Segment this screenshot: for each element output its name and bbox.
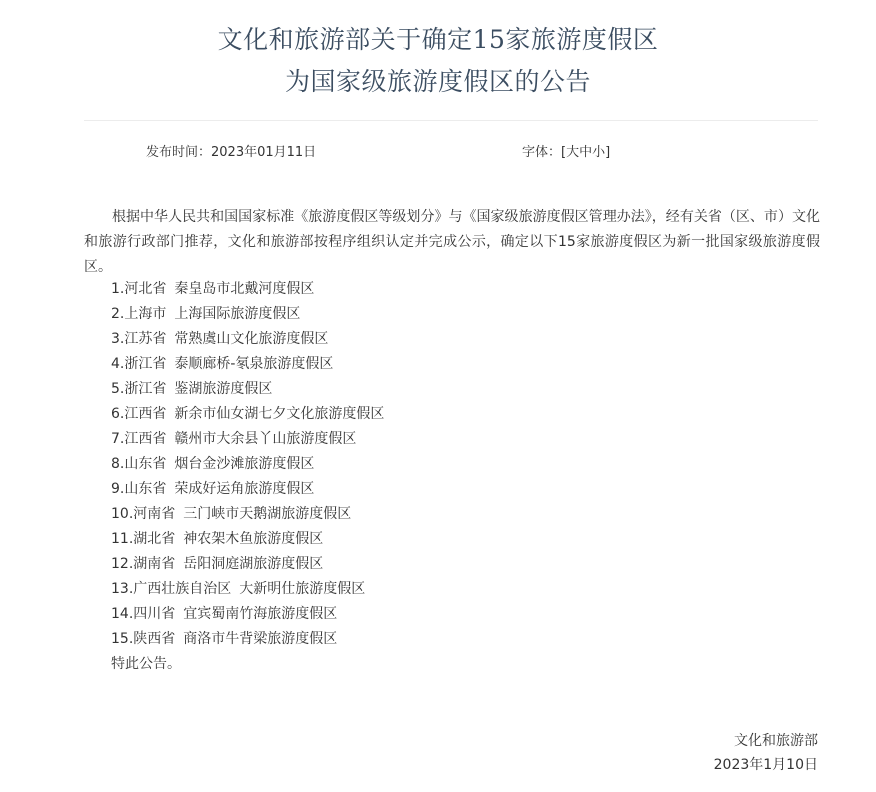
signature-org: 文化和旅游部 [734,729,818,753]
item-province: 河北省 [124,281,166,297]
item-resort-name: 秦皇岛市北戴河度假区 [174,281,314,297]
item-province: 陕西省 [133,631,175,647]
list-item: 8.山东省烟台金沙滩旅游度假区 [111,452,384,477]
item-province: 江西省 [124,431,166,447]
item-province: 上海市 [124,306,166,322]
item-number: 12. [111,556,133,572]
item-number: 1. [111,281,124,297]
list-item: 6.江西省新余市仙女湖七夕文化旅游度假区 [111,402,384,427]
list-item: 7.江西省赣州市大余县丫山旅游度假区 [111,427,384,452]
item-province: 浙江省 [124,381,166,397]
item-resort-name: 商洛市牛背梁旅游度假区 [183,631,337,647]
bracket-close: ] [605,145,610,160]
list-item: 11.湖北省神农架木鱼旅游度假区 [111,527,384,552]
item-province: 广西壮族自治区 [133,581,231,597]
page-title-line-2: 为国家级旅游度假区的公告 [0,64,876,100]
item-resort-name: 新余市仙女湖七夕文化旅游度假区 [174,406,384,422]
item-resort-name: 泰顺廊桥-氡泉旅游度假区 [174,356,333,372]
list-item: 12.湖南省岳阳洞庭湖旅游度假区 [111,552,384,577]
list-item: 15.陕西省商洛市牛背梁旅游度假区 [111,627,384,652]
item-resort-name: 上海国际旅游度假区 [174,306,300,322]
item-province: 湖北省 [133,531,175,547]
item-number: 2. [111,306,124,322]
item-province: 四川省 [133,606,175,622]
list-item: 10.河南省三门峡市天鹅湖旅游度假区 [111,502,384,527]
publish-label: 发布时间： [146,145,211,160]
list-item: 4.浙江省泰顺廊桥-氡泉旅游度假区 [111,352,384,377]
item-number: 14. [111,606,133,622]
item-number: 3. [111,331,124,347]
font-size-small-link[interactable]: 小 [592,145,605,160]
font-size-label: 字体： [522,145,561,160]
item-number: 4. [111,356,124,372]
font-size-medium-link[interactable]: 中 [579,145,592,160]
list-item: 13.广西壮族自治区大新明仕旅游度假区 [111,577,384,602]
item-resort-name: 鉴湖旅游度假区 [174,381,272,397]
page-title-line-1: 文化和旅游部关于确定15家旅游度假区 [0,22,876,58]
intro-paragraph: 根据中华人民共和国国家标准《旅游度假区等级划分》与《国家级旅游度假区管理办法》，… [84,205,820,280]
item-province: 山东省 [124,481,166,497]
item-resort-name: 烟台金沙滩旅游度假区 [174,456,314,472]
resort-list: 1.河北省秦皇岛市北戴河度假区 2.上海市上海国际旅游度假区 3.江苏省常熟虞山… [111,277,384,677]
list-item: 3.江苏省常熟虞山文化旅游度假区 [111,327,384,352]
item-resort-name: 赣州市大余县丫山旅游度假区 [174,431,356,447]
publish-info: 发布时间：2023年01月11日 [146,143,316,163]
list-item: 5.浙江省鉴湖旅游度假区 [111,377,384,402]
list-item: 9.山东省荣成好运角旅游度假区 [111,477,384,502]
item-province: 山东省 [124,456,166,472]
item-resort-name: 常熟虞山文化旅游度假区 [174,331,328,347]
item-resort-name: 荣成好运角旅游度假区 [174,481,314,497]
item-number: 5. [111,381,124,397]
item-resort-name: 神农架木鱼旅游度假区 [183,531,323,547]
publish-date: 2023年01月11日 [211,145,316,160]
list-item: 14.四川省宜宾蜀南竹海旅游度假区 [111,602,384,627]
font-size-large-link[interactable]: 大 [566,145,579,160]
item-number: 6. [111,406,124,422]
item-province: 江苏省 [124,331,166,347]
title-divider [84,120,818,121]
signature-date: 2023年1月10日 [714,753,818,777]
closing-text: 特此公告。 [111,652,384,677]
item-resort-name: 大新明仕旅游度假区 [239,581,365,597]
item-resort-name: 三门峡市天鹅湖旅游度假区 [183,506,351,522]
item-resort-name: 岳阳洞庭湖旅游度假区 [183,556,323,572]
font-size-selector: 字体：[大中小] [522,143,610,163]
item-number: 15. [111,631,133,647]
item-number: 9. [111,481,124,497]
item-province: 河南省 [133,506,175,522]
item-number: 13. [111,581,133,597]
item-province: 浙江省 [124,356,166,372]
item-number: 10. [111,506,133,522]
item-number: 8. [111,456,124,472]
list-item: 1.河北省秦皇岛市北戴河度假区 [111,277,384,302]
item-province: 湖南省 [133,556,175,572]
item-number: 11. [111,531,133,547]
item-number: 7. [111,431,124,447]
list-item: 2.上海市上海国际旅游度假区 [111,302,384,327]
item-province: 江西省 [124,406,166,422]
item-resort-name: 宜宾蜀南竹海旅游度假区 [183,606,337,622]
